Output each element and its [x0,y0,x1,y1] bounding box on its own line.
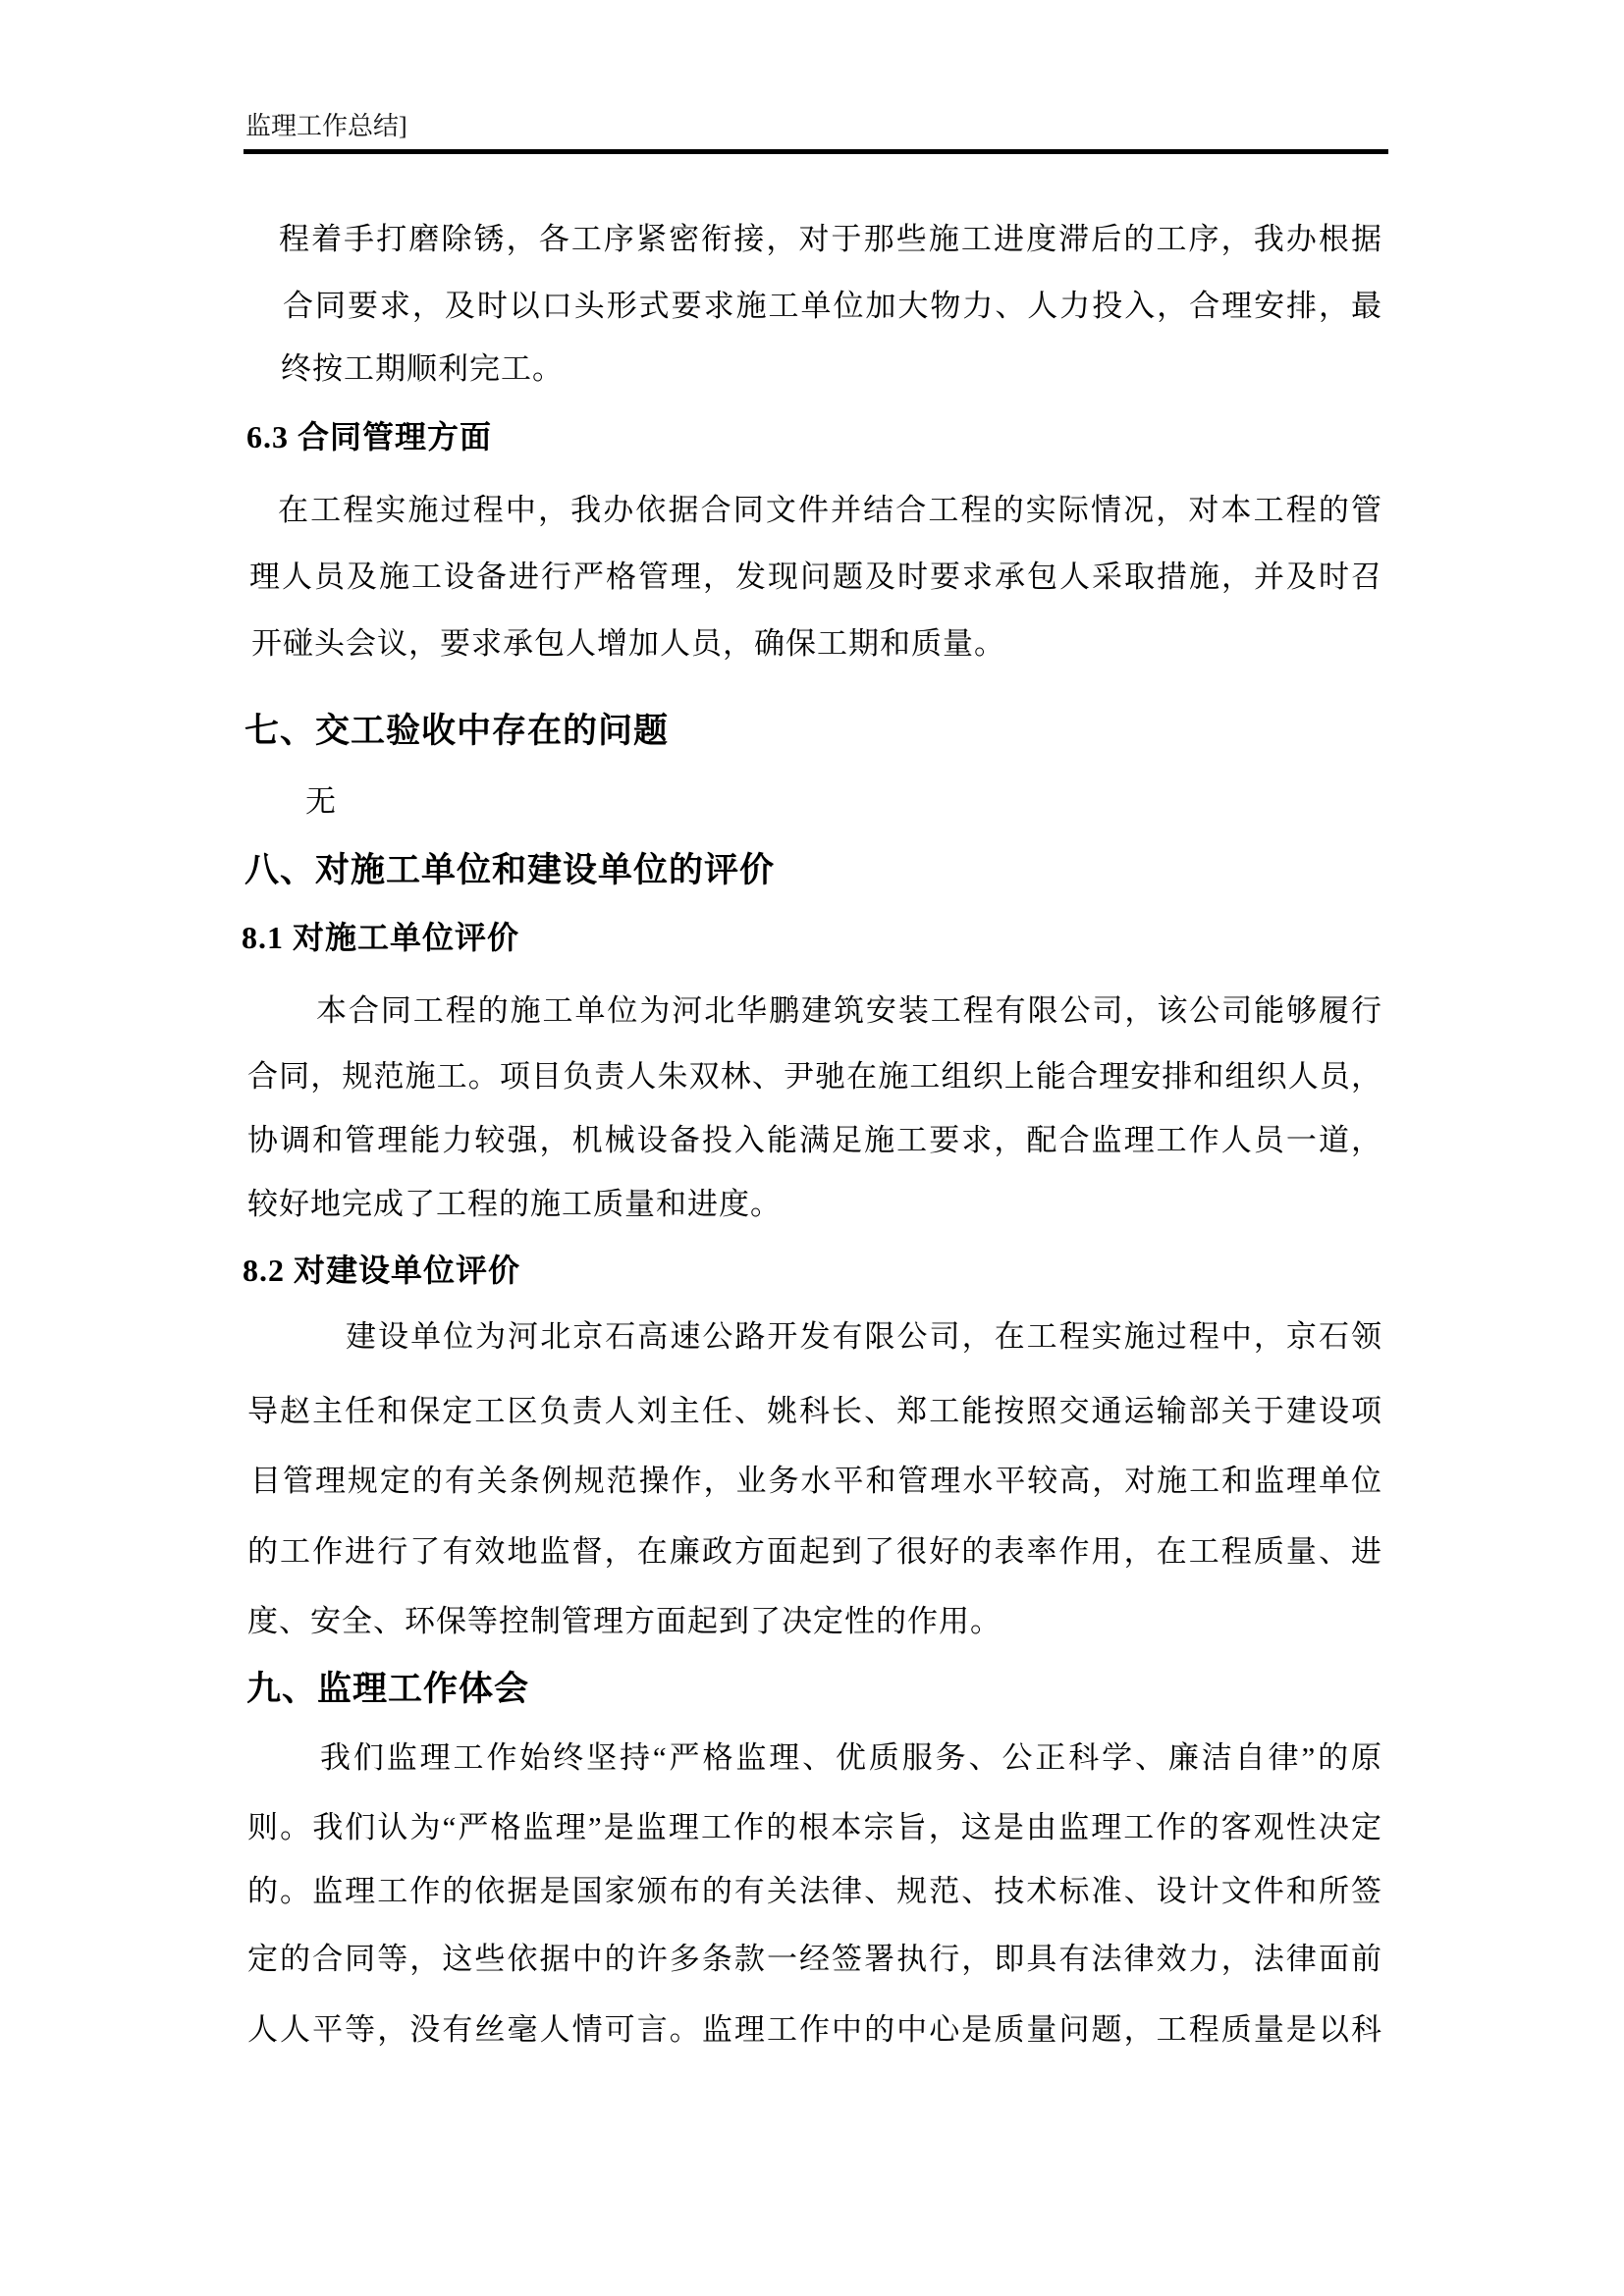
heading-7: 七、交工验收中存在的问题 [244,711,669,752]
body-line: 终按工期顺利完工。 [281,350,564,388]
body-line: 合同要求，及时以口头形式要求施工单位加大物力、人力投入，合理安排，最 [283,288,1382,325]
body-line: 则。我们认为“严格监理”是监理工作的根本宗旨，这是由监理工作的客观性决定 [247,1809,1382,1846]
body-line-none: 无 [305,783,337,821]
heading-8: 八、对施工单位和建设单位的评价 [244,850,775,891]
body-line: 度、安全、环保等控制管理方面起到了决定性的作用。 [247,1603,1001,1640]
heading-6-3: 6.3 合同管理方面 [246,418,492,455]
heading-9: 九、监理工作体会 [246,1669,529,1710]
body-line: 在工程实施过程中，我办依据合同文件并结合工程的实际情况，对本工程的管 [278,492,1382,529]
document-page: 监理工作总结] 程着手打磨除锈，各工序紧密衔接，对于那些施工进度滞后的工序，我办… [0,0,1624,2296]
body-line: 开碰头会议，要求承包人增加人员，确保工期和质量。 [251,625,1005,663]
body-line: 的。监理工作的依据是国家颁布的有关法律、规范、技术标准、设计文件和所签 [247,1873,1382,1910]
header-rule [244,149,1388,154]
heading-8-2: 8.2 对建设单位评价 [243,1252,520,1289]
body-line: 导赵主任和保定工区负责人刘主任、姚科长、郑工能按照交通运输部关于建设项 [247,1393,1382,1430]
body-line: 我们监理工作始终坚持“严格监理、优质服务、公正科学、廉洁自律”的原 [320,1739,1382,1777]
heading-8-1: 8.1 对施工单位评价 [242,919,519,956]
page-header-title: 监理工作总结] [245,111,407,142]
body-line: 合同，规范施工。项目负责人朱双林、尹驰在施工组织上能合理安排和组织人员， [247,1058,1382,1095]
body-line: 目管理规定的有关条例规范操作，业务水平和管理水平较高，对施工和监理单位 [250,1463,1382,1500]
body-line: 本合同工程的施工单位为河北华鹏建筑安装工程有限公司，该公司能够履行 [316,992,1382,1030]
body-line: 定的合同等，这些依据中的许多条款一经签署执行，即具有法律效力，法律面前 [247,1941,1382,1978]
body-line: 较好地完成了工程的施工质量和进度。 [247,1186,782,1223]
body-line: 建设单位为河北京石高速公路开发有限公司，在工程实施过程中，京石领 [346,1318,1382,1356]
body-line: 理人员及施工设备进行严格管理，发现问题及时要求承包人采取措施，并及时召 [249,559,1382,596]
body-line: 程着手打磨除锈，各工序紧密衔接，对于那些施工进度滞后的工序，我办根据 [279,221,1382,258]
body-line: 协调和管理能力较强，机械设备投入能满足施工要求，配合监理工作人员一道， [247,1122,1382,1159]
body-line: 人人平等，没有丝毫人情可言。监理工作中的中心是质量问题，工程质量是以科 [247,2011,1382,2049]
body-line: 的工作进行了有效地监督，在廉政方面起到了很好的表率作用，在工程质量、进 [247,1533,1382,1571]
